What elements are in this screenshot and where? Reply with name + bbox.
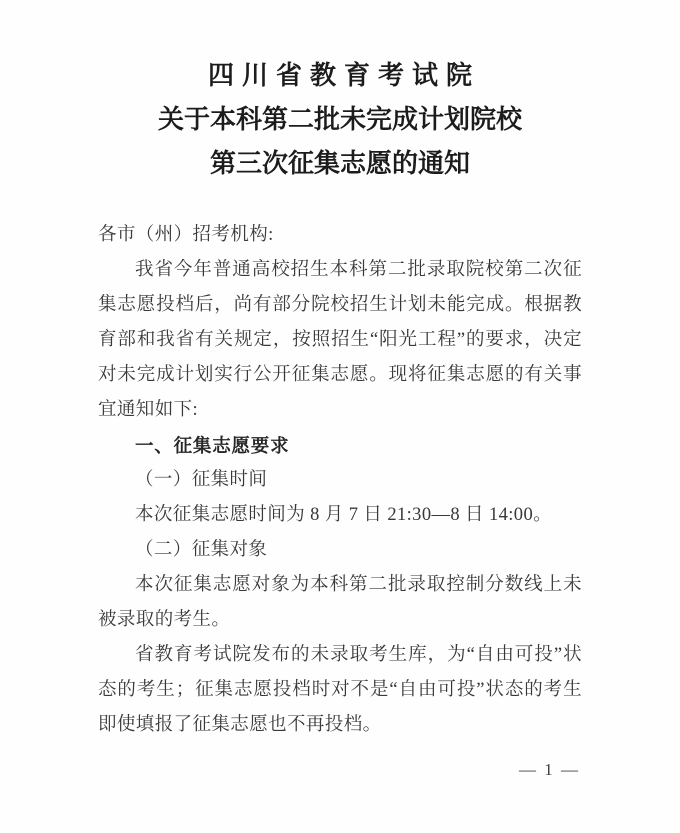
- page-number: — 1 —: [519, 758, 580, 782]
- notice-title-line-1: 四川省教育考试院: [0, 54, 680, 98]
- notice-title-line-3: 第三次征集志愿的通知: [0, 142, 680, 186]
- section-heading-1: 一、征集志愿要求: [98, 428, 582, 463]
- intro-paragraph: 我省今年普通高校招生本科第二批录取院校第二次征集志愿投档后，尚有部分院校招生计划…: [98, 253, 582, 428]
- salutation: 各市（州）招考机构:: [98, 218, 582, 253]
- notice-body: 各市（州）招考机构: 我省今年普通高校招生本科第二批录取院校第二次征集志愿投档后…: [98, 218, 582, 743]
- paragraph-collection-target: 本次征集志愿对象为本科第二批录取控制分数线上未被录取的考生。: [98, 568, 582, 638]
- notice-title: 四川省教育考试院 关于本科第二批未完成计划院校 第三次征集志愿的通知: [0, 0, 680, 186]
- notice-title-line-2: 关于本科第二批未完成计划院校: [0, 98, 680, 142]
- document-page: 四川省教育考试院 关于本科第二批未完成计划院校 第三次征集志愿的通知 各市（州）…: [0, 0, 680, 833]
- paragraph-free-to-submit-status: 省教育考试院发布的未录取考生库，为“自由可投”状态的考生；征集志愿投档时对不是“…: [98, 638, 582, 743]
- subheading-1-2: （二）征集对象: [98, 533, 582, 568]
- subheading-1-1: （一）征集时间: [98, 463, 582, 498]
- paragraph-collection-time: 本次征集志愿时间为 8 月 7 日 21:30—8 日 14:00。: [98, 498, 582, 533]
